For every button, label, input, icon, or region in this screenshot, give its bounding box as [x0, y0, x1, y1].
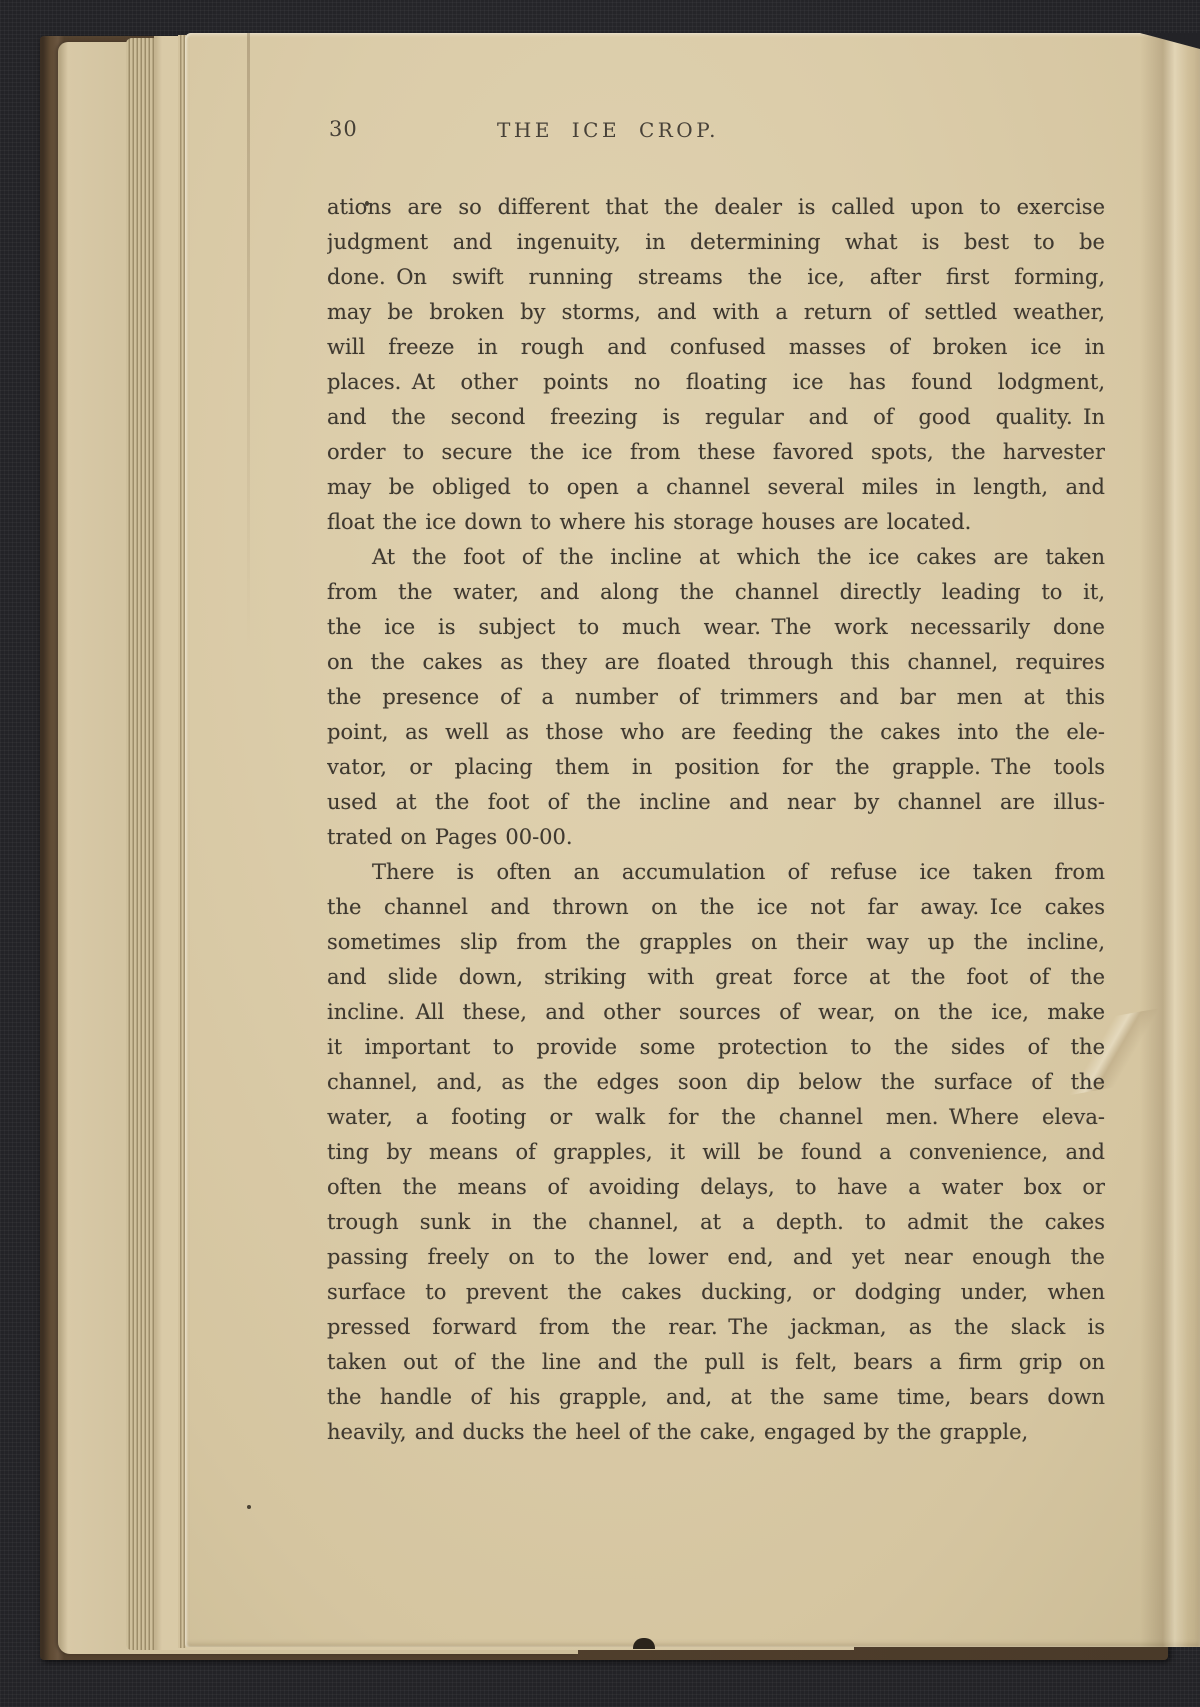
- text-line: order to secure the ice from these favor…: [327, 435, 1105, 470]
- text-line: used at the foot of the incline and near…: [327, 785, 1105, 820]
- page-stack-edges: [126, 38, 156, 1650]
- text-line: and the second freezing is regular and o…: [327, 400, 1105, 435]
- text-line: may be obliged to open a channel several…: [327, 470, 1105, 505]
- text-line: sometimes slip from the grapples on thei…: [327, 925, 1105, 960]
- text-line: the channel and thrown on the ice not fa…: [327, 890, 1105, 925]
- text-line: ations are so different that the dealer …: [327, 190, 1105, 225]
- text-line: point, as well as those who are feeding …: [327, 715, 1105, 750]
- text-line: it important to provide some protection …: [327, 1030, 1105, 1065]
- body-text: ations are so different that the dealer …: [327, 190, 1105, 1450]
- text-line: float the ice down to where his storage …: [327, 505, 1105, 540]
- text-line: pressed forward from the rear. The jackm…: [327, 1310, 1105, 1345]
- text-line: At the foot of the incline at which the …: [327, 540, 1105, 575]
- text-line: the ice is subject to much wear. The wor…: [327, 610, 1105, 645]
- page-header: 30 THE ICE CROP.: [327, 117, 1105, 152]
- text-line: the handle of his grapple, and, at the s…: [327, 1380, 1105, 1415]
- book-page: 30 THE ICE CROP. ations are so different…: [185, 33, 1200, 1647]
- text-line: often the means of avoiding delays, to h…: [327, 1170, 1105, 1205]
- text-line: passing freely on to the lower end, and …: [327, 1240, 1105, 1275]
- text-line: incline. All these, and other sources of…: [327, 995, 1105, 1030]
- page-text: 30 THE ICE CROP. ations are so different…: [327, 117, 1105, 1450]
- text-line: and slide down, striking with great forc…: [327, 960, 1105, 995]
- text-line: There is often an accumulation of refuse…: [327, 855, 1105, 890]
- page-crease: [247, 33, 250, 653]
- text-line: places. At other points no floating ice …: [327, 365, 1105, 400]
- text-line: water, a footing or walk for the channel…: [327, 1100, 1105, 1135]
- text-line: vator, or placing them in position for t…: [327, 750, 1105, 785]
- text-line: trated on Pages 00-00.: [327, 820, 1105, 855]
- text-line: trough sunk in the channel, at a depth. …: [327, 1205, 1105, 1240]
- page-edge-chip: [633, 1638, 655, 1649]
- text-line: judgment and ingenuity, in determining w…: [327, 225, 1105, 260]
- text-line: will freeze in rough and confused masses…: [327, 330, 1105, 365]
- text-line: done. On swift running streams the ice, …: [327, 260, 1105, 295]
- book-photo: 30 THE ICE CROP. ations are so different…: [0, 0, 1200, 1707]
- text-line: channel, and, as the edges soon dip belo…: [327, 1065, 1105, 1100]
- text-line: from the water, and along the channel di…: [327, 575, 1105, 610]
- text-line: taken out of the line and the pull is fe…: [327, 1345, 1105, 1380]
- text-line: may be broken by storms, and with a retu…: [327, 295, 1105, 330]
- text-line: heavily, and ducks the heel of the cake,…: [327, 1415, 1105, 1450]
- running-header: THE ICE CROP.: [497, 118, 719, 142]
- text-line: on the cakes as they are floated through…: [327, 645, 1105, 680]
- gutter-fold-shadow: [1140, 33, 1200, 1647]
- text-line: surface to prevent the cakes ducking, or…: [327, 1275, 1105, 1310]
- paper-speck: [247, 1505, 251, 1509]
- text-line: the presence of a number of trimmers and…: [327, 680, 1105, 715]
- text-line: ting by means of grapples, it will be fo…: [327, 1135, 1105, 1170]
- page-number: 30: [329, 117, 358, 141]
